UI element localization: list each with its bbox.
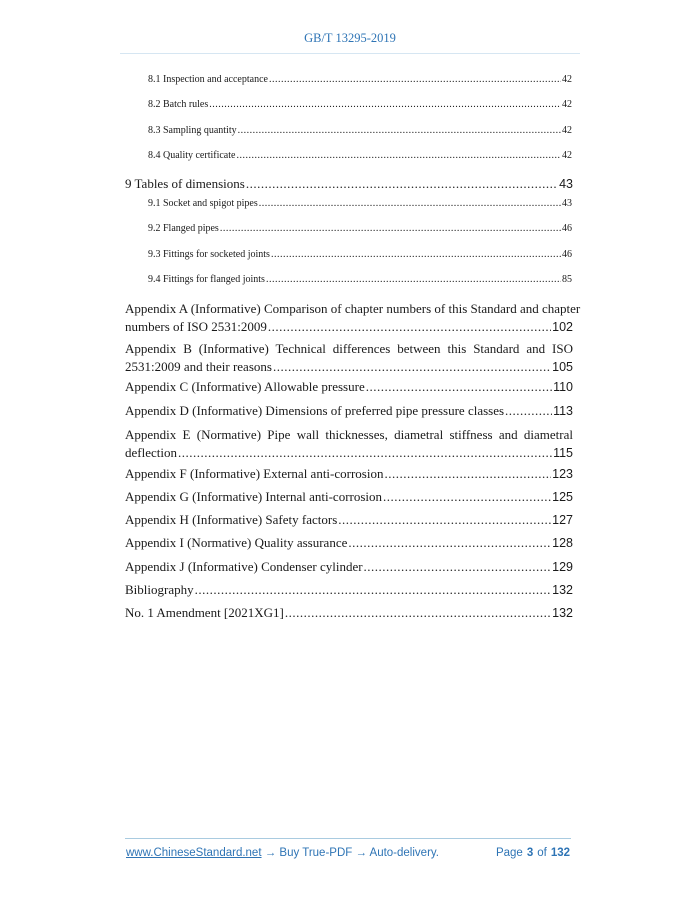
toc-entry-label: 9.2 Flanged pipes bbox=[148, 223, 219, 234]
toc-entry-8-4[interactable]: 8.4 Quality certificate 42 bbox=[148, 150, 572, 161]
total-pages-number: 132 bbox=[551, 847, 570, 859]
toc-leader-dots bbox=[236, 150, 561, 161]
toc-entry-label: Appendix F (Informative) External anti-c… bbox=[125, 466, 383, 482]
toc-leader-dots bbox=[269, 74, 561, 85]
toc-entry-label: Appendix D (Informative) Dimensions of p… bbox=[125, 403, 504, 419]
toc-entry-label: Appendix H (Informative) Safety factors bbox=[125, 512, 337, 528]
toc-entry-page: 46 bbox=[562, 223, 572, 234]
toc-entry-appendix-g[interactable]: Appendix G (Informative) Internal anti-c… bbox=[125, 489, 573, 505]
page-footer: www.ChineseStandard.net → Buy True-PDF →… bbox=[126, 847, 572, 863]
toc-entry-label: 9.4 Fittings for flanged joints bbox=[148, 274, 265, 285]
toc-leader-dots bbox=[364, 559, 552, 575]
toc-entry-appendix-j[interactable]: Appendix J (Informative) Condenser cylin… bbox=[125, 559, 573, 575]
document-page: GB/T 13295-2019 8.1 Inspection and accep… bbox=[0, 0, 700, 906]
toc-entry-label: Appendix G (Informative) Internal anti-c… bbox=[125, 489, 382, 505]
toc-entry-8-1[interactable]: 8.1 Inspection and acceptance 42 bbox=[148, 74, 572, 85]
toc-entry-page: 113 bbox=[553, 404, 573, 418]
toc-entry-page: 128 bbox=[552, 536, 573, 550]
toc-entry-label: Bibliography bbox=[125, 582, 194, 598]
toc-entry-amendment[interactable]: No. 1 Amendment [2021XG1] 132 bbox=[125, 605, 573, 621]
toc-leader-dots bbox=[266, 274, 561, 285]
toc-entry-label: 9.3 Fittings for socketed joints bbox=[148, 249, 270, 260]
toc-leader-dots bbox=[268, 318, 551, 336]
toc-leader-dots bbox=[178, 444, 552, 462]
toc-leader-dots bbox=[505, 403, 552, 419]
site-link[interactable]: www.ChineseStandard.net bbox=[126, 847, 262, 859]
toc-entry-label-line1: Appendix E (Normative) Pipe wall thickne… bbox=[125, 426, 573, 444]
page-word: Page bbox=[496, 847, 523, 859]
toc-entry-appendix-c[interactable]: Appendix C (Informative) Allowable press… bbox=[125, 379, 573, 395]
toc-entry-page: 132 bbox=[552, 606, 573, 620]
toc-entry-label: 8.2 Batch rules bbox=[148, 99, 208, 110]
toc-entry-page: 127 bbox=[552, 513, 573, 527]
toc-leader-dots bbox=[259, 198, 561, 209]
toc-entry-page: 42 bbox=[562, 150, 572, 161]
toc-leader-dots bbox=[220, 223, 561, 234]
toc-entry-label: 8.1 Inspection and acceptance bbox=[148, 74, 268, 85]
toc-entry-label: Appendix C (Informative) Allowable press… bbox=[125, 379, 365, 395]
header-divider bbox=[120, 53, 580, 54]
toc-entry-page: 46 bbox=[562, 249, 572, 260]
promo-text: → Buy True-PDF → Auto-delivery. bbox=[262, 847, 439, 859]
toc-entry-label: 9 Tables of dimensions bbox=[125, 176, 245, 192]
toc-entry-appendix-h[interactable]: Appendix H (Informative) Safety factors … bbox=[125, 512, 573, 528]
toc-entry-label: 9.1 Socket and spigot pipes bbox=[148, 198, 258, 209]
toc-entry-9-1[interactable]: 9.1 Socket and spigot pipes 43 bbox=[148, 198, 572, 209]
toc-leader-dots bbox=[338, 512, 551, 528]
toc-entry-appendix-b[interactable]: Appendix B (Informative) Technical diffe… bbox=[125, 340, 573, 376]
toc-entry-9-2[interactable]: 9.2 Flanged pipes 46 bbox=[148, 223, 572, 234]
toc-leader-dots bbox=[209, 99, 561, 110]
toc-entry-label-line2: numbers of ISO 2531:2009 bbox=[125, 318, 267, 336]
toc-leader-dots bbox=[238, 125, 561, 136]
toc-entry-label: Appendix J (Informative) Condenser cylin… bbox=[125, 559, 363, 575]
toc-entry-label-line1: Appendix B (Informative) Technical diffe… bbox=[125, 340, 573, 358]
toc-leader-dots bbox=[273, 358, 551, 376]
toc-leader-dots bbox=[246, 176, 558, 192]
toc-entry-label-line2: deflection bbox=[125, 444, 177, 462]
toc-entry-label: No. 1 Amendment [2021XG1] bbox=[125, 605, 284, 621]
page-indicator: Page3of132 bbox=[496, 847, 570, 859]
toc-entry-page: 105 bbox=[552, 358, 573, 376]
toc-entry-appendix-d[interactable]: Appendix D (Informative) Dimensions of p… bbox=[125, 403, 573, 419]
toc-entry-9-4[interactable]: 9.4 Fittings for flanged joints 85 bbox=[148, 274, 572, 285]
toc-leader-dots bbox=[348, 535, 551, 551]
toc-leader-dots bbox=[366, 379, 552, 395]
toc-leader-dots bbox=[383, 489, 551, 505]
footer-divider bbox=[125, 838, 571, 839]
toc-entry-page: 42 bbox=[562, 99, 572, 110]
toc-entry-appendix-i[interactable]: Appendix I (Normative) Quality assurance… bbox=[125, 535, 573, 551]
toc-entry-page: 123 bbox=[552, 467, 573, 481]
toc-entry-8-3[interactable]: 8.3 Sampling quantity 42 bbox=[148, 125, 572, 136]
toc-entry-label: Appendix I (Normative) Quality assurance bbox=[125, 535, 347, 551]
toc-entry-appendix-a[interactable]: Appendix A (Informative) Comparison of c… bbox=[125, 300, 573, 336]
toc-leader-dots bbox=[195, 582, 552, 598]
toc-entry-page: 110 bbox=[553, 380, 573, 394]
toc-entry-9-3[interactable]: 9.3 Fittings for socketed joints 46 bbox=[148, 249, 572, 260]
toc-entry-bibliography[interactable]: Bibliography 132 bbox=[125, 582, 573, 598]
toc-entry-page: 42 bbox=[562, 74, 572, 85]
toc-entry-label: 8.4 Quality certificate bbox=[148, 150, 235, 161]
toc-entry-page: 125 bbox=[552, 490, 573, 504]
toc-entry-label-line2: 2531:2009 and their reasons bbox=[125, 358, 272, 376]
toc-leader-dots bbox=[384, 466, 551, 482]
toc-leader-dots bbox=[285, 605, 551, 621]
toc-entry-page: 42 bbox=[562, 125, 572, 136]
header-standard-code: GB/T 13295-2019 bbox=[0, 31, 700, 46]
toc-entry-page: 102 bbox=[552, 318, 573, 336]
toc-entry-appendix-e[interactable]: Appendix E (Normative) Pipe wall thickne… bbox=[125, 426, 573, 462]
toc-leader-dots bbox=[271, 249, 561, 260]
of-word: of bbox=[537, 847, 547, 859]
toc-entry-page: 43 bbox=[559, 177, 573, 191]
toc-entry-page: 129 bbox=[552, 560, 573, 574]
current-page-number: 3 bbox=[527, 847, 533, 859]
toc-entry-page: 43 bbox=[562, 198, 572, 209]
toc-entry-page: 85 bbox=[562, 274, 572, 285]
toc-entry-9[interactable]: 9 Tables of dimensions 43 bbox=[125, 176, 573, 192]
toc-entry-label-line1: Appendix A (Informative) Comparison of c… bbox=[125, 300, 573, 318]
toc-entry-8-2[interactable]: 8.2 Batch rules 42 bbox=[148, 99, 572, 110]
toc-entry-page: 115 bbox=[553, 444, 573, 462]
toc-entry-label: 8.3 Sampling quantity bbox=[148, 125, 237, 136]
toc-entry-appendix-f[interactable]: Appendix F (Informative) External anti-c… bbox=[125, 466, 573, 482]
toc-entry-page: 132 bbox=[552, 583, 573, 597]
